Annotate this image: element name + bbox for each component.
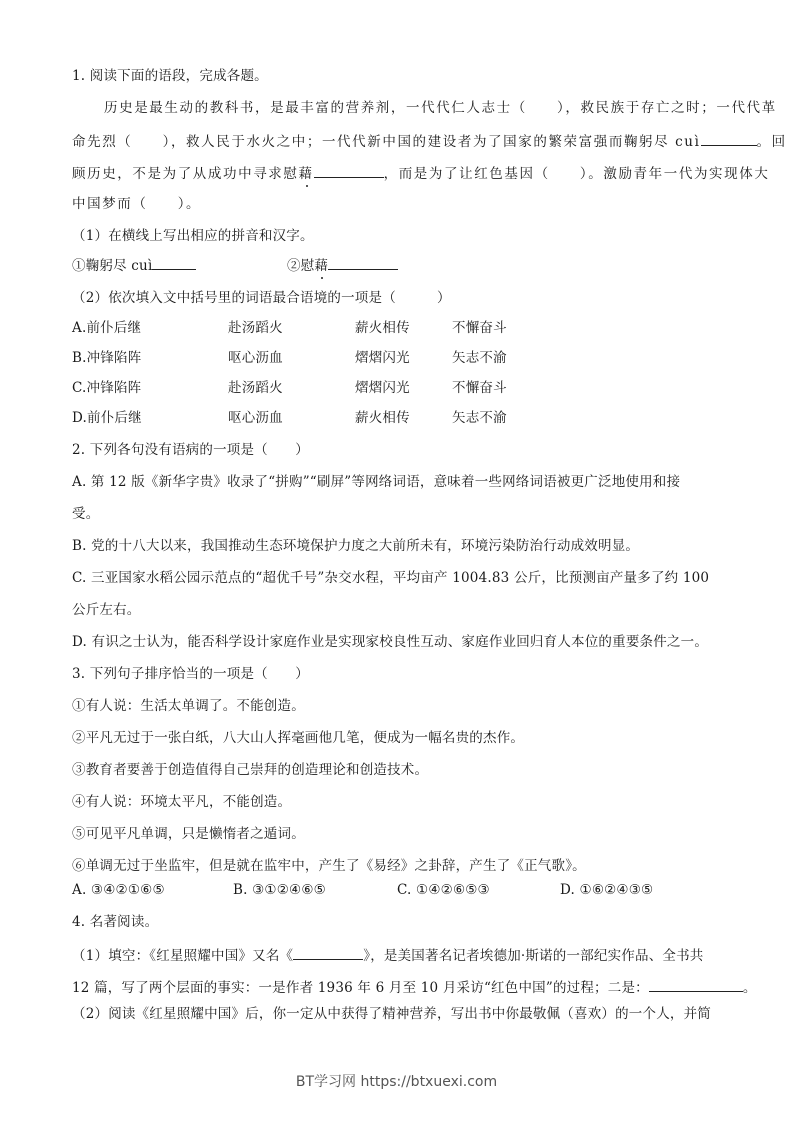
- q1-passage-line3-end: ，而是为了让红色基因（ ）。激励青年一代为实现体大: [384, 166, 770, 182]
- q2-option-a-line2: 受。: [72, 505, 99, 523]
- footer-watermark: BT学习网 https://btxuexi.com: [0, 1071, 793, 1091]
- hanzi-pinyin-blank[interactable]: [314, 163, 384, 178]
- q1-passage-line4: 中国梦而（ ）。: [72, 195, 201, 213]
- answer-blank-2[interactable]: [328, 255, 398, 270]
- q3-option-d[interactable]: D. ①⑥②④③⑤: [560, 881, 653, 899]
- q3-option-c[interactable]: C. ①④②⑥⑤③: [397, 881, 490, 899]
- option-word: 不懈奋斗: [452, 319, 507, 337]
- q1-passage-line3-text: 顾历史，不是为了从成功中寻求慰: [72, 166, 299, 182]
- q1-sub2-prompt: （2）依次填入文中括号里的词语最合语境的一项是（ ）: [72, 289, 451, 307]
- q1-option-b[interactable]: B.冲锋陷阵: [72, 349, 141, 367]
- q1-sub1-item1: ①鞠躬尽 cuì: [72, 258, 152, 274]
- option-word: 薪火相传: [355, 409, 410, 427]
- q4-sub1-text-cont: 》，是美国著名记者埃德加·斯诺的一部纪实作品、全书共: [363, 948, 703, 964]
- q3-sentence-4: ④有人说：环境太平凡，不能创造。: [72, 793, 291, 811]
- q3-option-a[interactable]: A. ③④②①⑥⑤: [72, 881, 165, 899]
- option-word: 赴汤蹈火: [228, 379, 283, 397]
- option-word: 赴汤蹈火: [228, 319, 283, 337]
- q3-sentence-3: ③教育者要善于创造值得自己崇拜的创造理论和创造技术。: [72, 761, 428, 779]
- option-label: C.冲锋陷阵: [72, 380, 141, 396]
- option-word: 呕心沥血: [228, 349, 283, 367]
- q2-option-d[interactable]: D. 有识之士认为，能否科学设计家庭作业是实现家校良性互动、家庭作业回归育人本位…: [72, 633, 708, 651]
- q1-title: 1. 阅读下面的语段，完成各题。: [72, 67, 268, 85]
- q3-sentence-1: ①有人说：生活太单调了。不能创造。: [72, 697, 305, 715]
- q1-sub1-prompt: （1）在横线上写出相应的拼音和汉字。: [72, 227, 314, 245]
- option-word: 薪火相传: [355, 319, 410, 337]
- q1-option-c[interactable]: C.冲锋陷阵: [72, 379, 141, 397]
- q1-passage-line2: 命先烈（ ），救人民于水火之中；一代代新中国的建设者为了国家的繁荣富强而鞠躬尽 …: [72, 131, 787, 151]
- q1-option-d[interactable]: D.前仆后继: [72, 409, 142, 427]
- q4-sub2: （2）阅读《红星照耀中国》后，你一定从中获得了精神营养，写出书中你最敬佩（喜欢）…: [72, 1005, 711, 1023]
- option-word: 呕心沥血: [228, 409, 283, 427]
- answer-blank-1[interactable]: [152, 255, 196, 270]
- q3-title: 3. 下列句子排序恰当的一项是（ ）: [72, 665, 309, 683]
- exam-page: 1. 阅读下面的语段，完成各题。 历史是最生动的教科书，是最丰富的营养剂，一代代…: [0, 0, 793, 1122]
- q2-option-c-line1[interactable]: C. 三亚国家水稻公园示范点的“超优千号”杂交水程，平均亩产 1004.83 公…: [72, 569, 709, 587]
- q1-passage-line1: 历史是最生动的教科书，是最丰富的营养剂，一代代仁人志士（ ），救民族于存亡之时；…: [104, 99, 777, 117]
- q1-sub1-item2: ②慰: [287, 258, 314, 274]
- q2-option-b[interactable]: B. 党的十八大以来，我国推动生态环境保护力度之大前所未有，环境污染防治行动成效…: [72, 537, 639, 555]
- q3-sentence-6: ⑥单调无过于坐监牢，但是就在监牢中，产生了《易经》之卦辞，产生了《正气歌》。: [72, 857, 586, 875]
- option-label: B.冲锋陷阵: [72, 350, 141, 366]
- q1-passage-line2-text: 命先烈（ ），救人民于水火之中；一代代新中国的建设者为了国家的繁荣富强而鞠躬尽 …: [72, 134, 701, 150]
- second-fact-blank[interactable]: [649, 977, 743, 992]
- q4-sub1-end: 。: [743, 980, 757, 996]
- q1-sub1-item2-wrap: ②慰藉: [287, 255, 398, 275]
- q1-passage-line3: 顾历史，不是为了从成功中寻求慰藉，而是为了让红色基因（ ）。激励青年一代为实现体…: [72, 163, 769, 183]
- book-alias-blank[interactable]: [293, 945, 363, 960]
- q3-sentence-2: ②平凡无过于一张白纸，八大山人挥毫画他几笔，便成为一幅名贵的杰作。: [72, 729, 524, 747]
- q2-title: 2. 下列各句没有语病的一项是（ ）: [72, 441, 309, 459]
- q1-sub1-items: ①鞠躬尽 cuì: [72, 255, 196, 275]
- option-word: 熠熠闪光: [355, 349, 410, 367]
- q4-sub1-line2: 12 篇，写了两个层面的事实：一是作者 1936 年 6 月至 10 月采访“红…: [72, 977, 757, 997]
- q4-sub1-line1: （1）填空：《红星照耀中国》又名《》，是美国著名记者埃德加·斯诺的一部纪实作品、…: [72, 945, 704, 965]
- option-label: A.前仆后继: [72, 320, 141, 336]
- q2-option-a-line1[interactable]: A. 第 12 版《新华字贵》收录了“拼购”“刷屏”等网络词语，意味着一些网络词…: [72, 473, 680, 491]
- option-word: 矢志不渝: [452, 349, 507, 367]
- dotted-character: 藉: [314, 258, 328, 274]
- q1-passage-line2-end: 。回: [757, 134, 787, 150]
- q4-sub1-text-2: 12 篇，写了两个层面的事实：一是作者 1936 年 6 月至 10 月采访“红…: [72, 980, 649, 996]
- q3-option-b[interactable]: B. ③①②④⑥⑤: [233, 881, 326, 899]
- q2-option-c-line2: 公斤左右。: [72, 601, 141, 619]
- option-word: 不懈奋斗: [452, 379, 507, 397]
- dotted-character: 藉: [299, 166, 314, 182]
- option-word: 熠熠闪光: [355, 379, 410, 397]
- q3-sentence-5: ⑤可见平凡单调，只是懒惰者之遁词。: [72, 825, 305, 843]
- q4-sub1-text: （1）填空：《红星照耀中国》又名《: [72, 948, 293, 964]
- option-label: D.前仆后继: [72, 410, 142, 426]
- q4-title: 4. 名著阅读。: [72, 913, 158, 931]
- q1-option-a[interactable]: A.前仆后继: [72, 319, 141, 337]
- pinyin-blank[interactable]: [701, 131, 757, 146]
- option-word: 矢志不渝: [452, 409, 507, 427]
